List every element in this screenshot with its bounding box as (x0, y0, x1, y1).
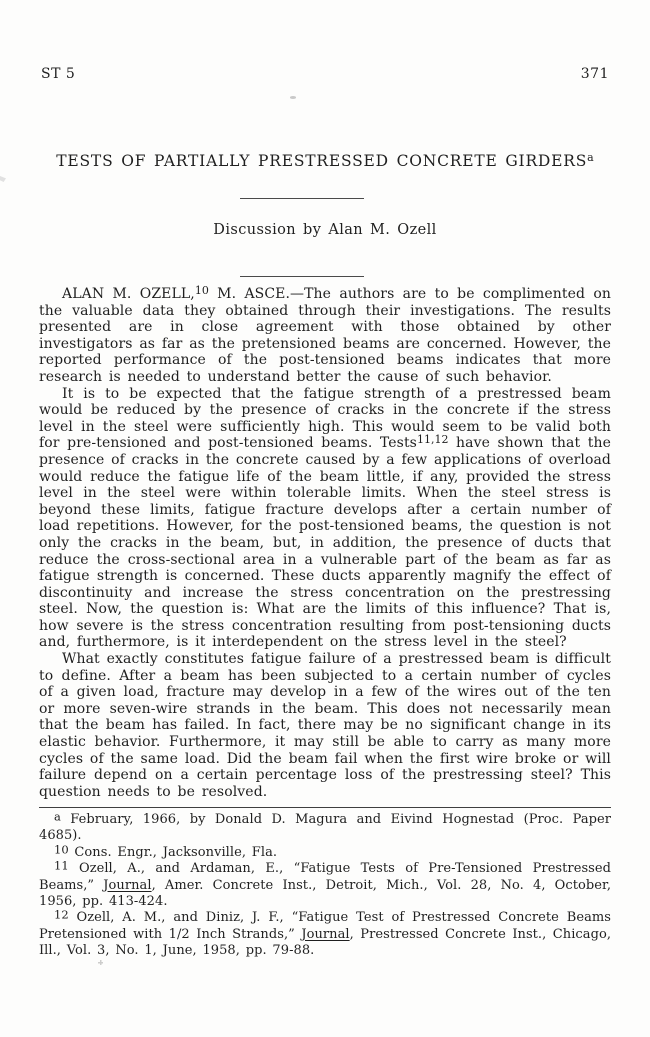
body-paragraph: ALAN M. OZELL,10 M. ASCE.—The authors ar… (39, 286, 611, 386)
body-paragraph: What exactly constitutes fatigue failure… (39, 651, 611, 800)
footnote: 12 Ozell, A. M., and Diniz, J. F., “Fati… (39, 910, 611, 959)
footnote: a February, 1966, by Donald D. Magura an… (39, 812, 611, 845)
footnote-separator-rule (39, 807, 611, 808)
scan-speck-artifact (290, 96, 296, 99)
article-title: TESTS OF PARTIALLY PRESTRESSED CONCRETE … (0, 151, 650, 170)
footnote-reference-superscript: a (54, 810, 61, 824)
title-footnote-marker: a (587, 151, 594, 164)
body-paragraph: It is to be expected that the fatigue st… (39, 386, 611, 652)
footnote-reference-superscript: 11 (54, 859, 69, 873)
underlined-text: Journal (103, 878, 151, 893)
footnote-reference-superscript: 10 (195, 284, 209, 297)
separator-rule-top (240, 198, 364, 199)
footnote-reference-superscript: 11,12 (417, 433, 449, 446)
page-number: 371 (581, 66, 609, 82)
article-body: ALAN M. OZELL,10 M. ASCE.—The authors ar… (39, 286, 611, 800)
scan-mark-artifact (98, 960, 103, 965)
scan-edge-artifact (0, 176, 6, 182)
footnote: 10 Cons. Engr., Jacksonville, Fla. (39, 845, 611, 861)
journal-page: ST 5 371 TESTS OF PARTIALLY PRESTRESSED … (0, 0, 650, 1037)
footnote-reference-superscript: 10 (54, 842, 69, 856)
footnote: 11 Ozell, A., and Ardaman, E., “Fatigue … (39, 861, 611, 910)
article-title-text: TESTS OF PARTIALLY PRESTRESSED CONCRETE … (56, 152, 587, 170)
footnotes-section: a February, 1966, by Donald D. Magura an… (39, 812, 611, 960)
discussion-byline: Discussion by Alan M. Ozell (0, 222, 650, 238)
separator-rule-bottom (240, 276, 364, 277)
underlined-text: Journal (301, 927, 349, 942)
footnote-reference-superscript: 12 (54, 908, 69, 922)
page-header: ST 5 371 (41, 66, 609, 82)
journal-issue-code: ST 5 (41, 66, 75, 82)
